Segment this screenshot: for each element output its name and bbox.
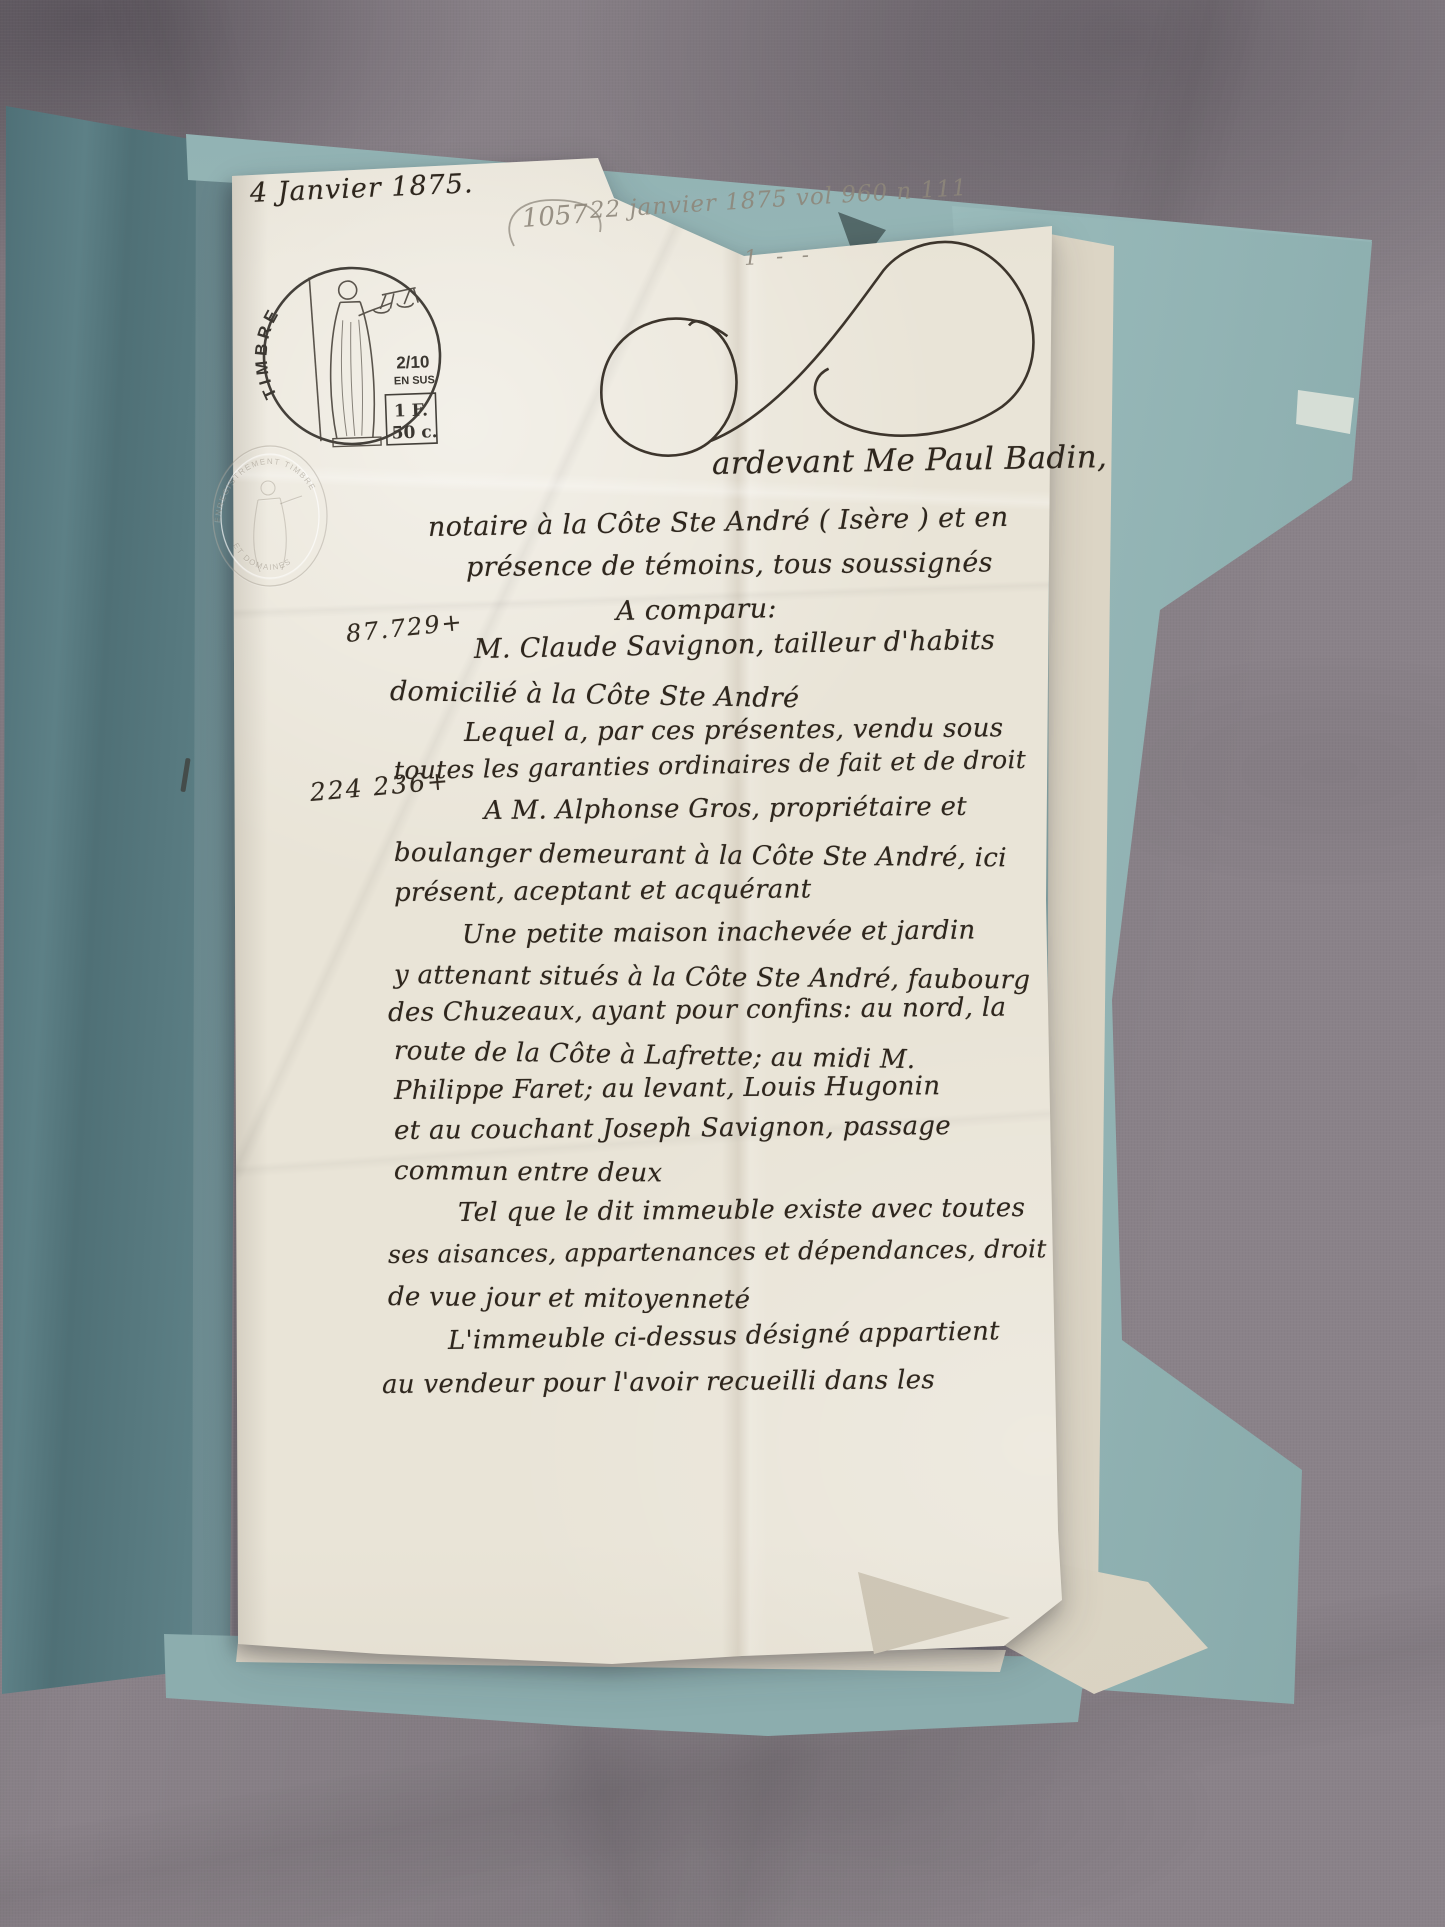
photo-background: 4 Janvier 1875. 1057 22 janvier 1875 vol…: [0, 0, 1445, 1927]
margin-notes: 87.729+224 236+: [0, 0, 1445, 1927]
margin-note: 224 236+: [309, 766, 451, 807]
margin-note: 87.729+: [345, 608, 465, 648]
page-content: 4 Janvier 1875. 1057 22 janvier 1875 vol…: [0, 0, 1445, 1927]
